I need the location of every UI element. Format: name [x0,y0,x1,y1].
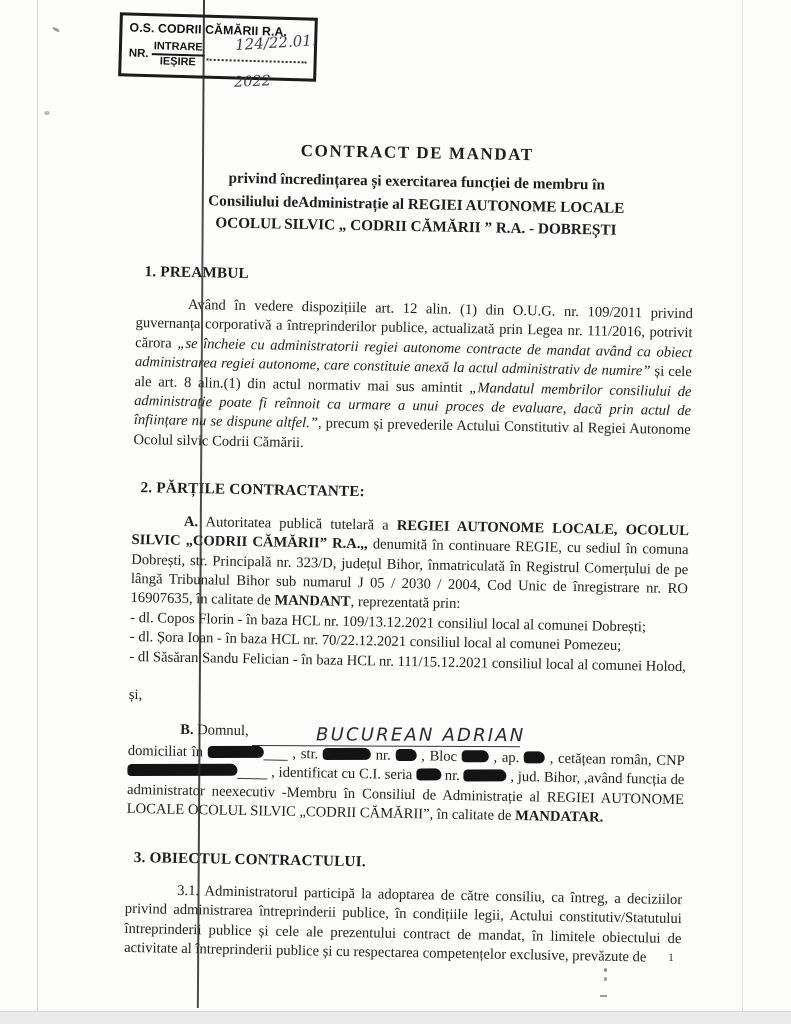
section-3-paragraph: 3.1. Administratorul participă la adopta… [124,881,682,969]
text-segment: Administratorul participă la adoptarea d… [124,883,682,965]
text-segment: MANDANT [274,593,350,610]
redaction-mark [208,746,264,758]
stamp-nr-label: NR. [129,47,149,60]
redaction-mark [127,764,237,776]
text-segment: „se încheie cu administratorii regiei au… [135,336,693,380]
text-segment: B. [180,722,194,738]
stamp-intrare-label: INTRARE [152,40,205,56]
stamp-in-out-labels: INTRARE IEȘIRE [151,40,205,69]
text-segment: nr. [371,747,396,763]
document-body: CONTRACT DE MANDAT privind încredințarea… [124,138,696,969]
section-2-heading: 2. PĂRȚILE CONTRACTANTE: [140,478,689,507]
section-1-heading: 1. PREAMBUL [144,262,693,291]
text-segment: , identificat cu C.I. seria [267,765,416,784]
text-segment: , cetățean român, CNP [545,750,685,769]
scan-speck [44,111,50,115]
redaction-mark [462,750,489,762]
redaction-mark [395,749,416,761]
document-title: CONTRACT DE MANDAT [139,138,696,168]
text-segment: , ap. [489,749,525,766]
section-1-paragraph: Având în vedere dispozițiile art. 12 ali… [133,295,693,460]
section-3-heading: 3. OBIECTUL CONTRACTULUI. [134,848,683,877]
text-segment: domiciliat în [128,743,208,760]
stamp-iesire-label: IEȘIRE [151,55,204,69]
text-segment: , reprezentată prin: [350,594,460,612]
scan-bottom-band [0,1011,791,1024]
redaction-mark [464,770,507,782]
conjunction-line: și, [129,686,686,716]
scanned-contract-page: O.S. CODRII CĂMĂRII R.A. NR. INTRARE IEȘ… [0,0,791,1024]
blank-underline [237,773,267,780]
page-edge-right [742,0,743,1011]
blank-underline [264,754,288,760]
page-edge-left [37,0,38,1011]
text-segment: A. [184,514,198,530]
handwritten-name: BUCUREAN ADRIAN [252,726,520,747]
text-segment: Domnul, [193,722,252,739]
handwritten-year: 2022 [234,73,272,91]
page-number: 1 [668,950,674,965]
representatives-list: - dl. Copos Florin - în baza HCL nr. 109… [129,609,687,677]
scan-smudge [600,995,607,997]
scan-smudge [604,968,607,972]
registration-stamp: O.S. CODRII CĂMĂRII R.A. NR. INTRARE IEȘ… [118,12,318,82]
redaction-mark [524,751,545,763]
text-segment: , str. [288,746,324,763]
text-segment: MANDATAR. [515,808,604,826]
text-segment: Autoritatea publică tutelară a [198,514,397,534]
text-segment: nr. [441,768,464,784]
text-segment: 3.1. [177,883,199,899]
document-subtitle: privind încredințarea și exercitarea fun… [137,166,695,243]
party-a-paragraph: A. Autoritatea publică tutelară a REGIEI… [130,512,689,619]
party-b-paragraph: B. Domnul, BUCUREAN ADRIANdomiciliat în … [127,720,686,830]
redaction-mark [323,748,371,760]
scan-speck [52,26,60,32]
redaction-mark [416,769,441,781]
text-segment: , Bloc [416,748,462,765]
